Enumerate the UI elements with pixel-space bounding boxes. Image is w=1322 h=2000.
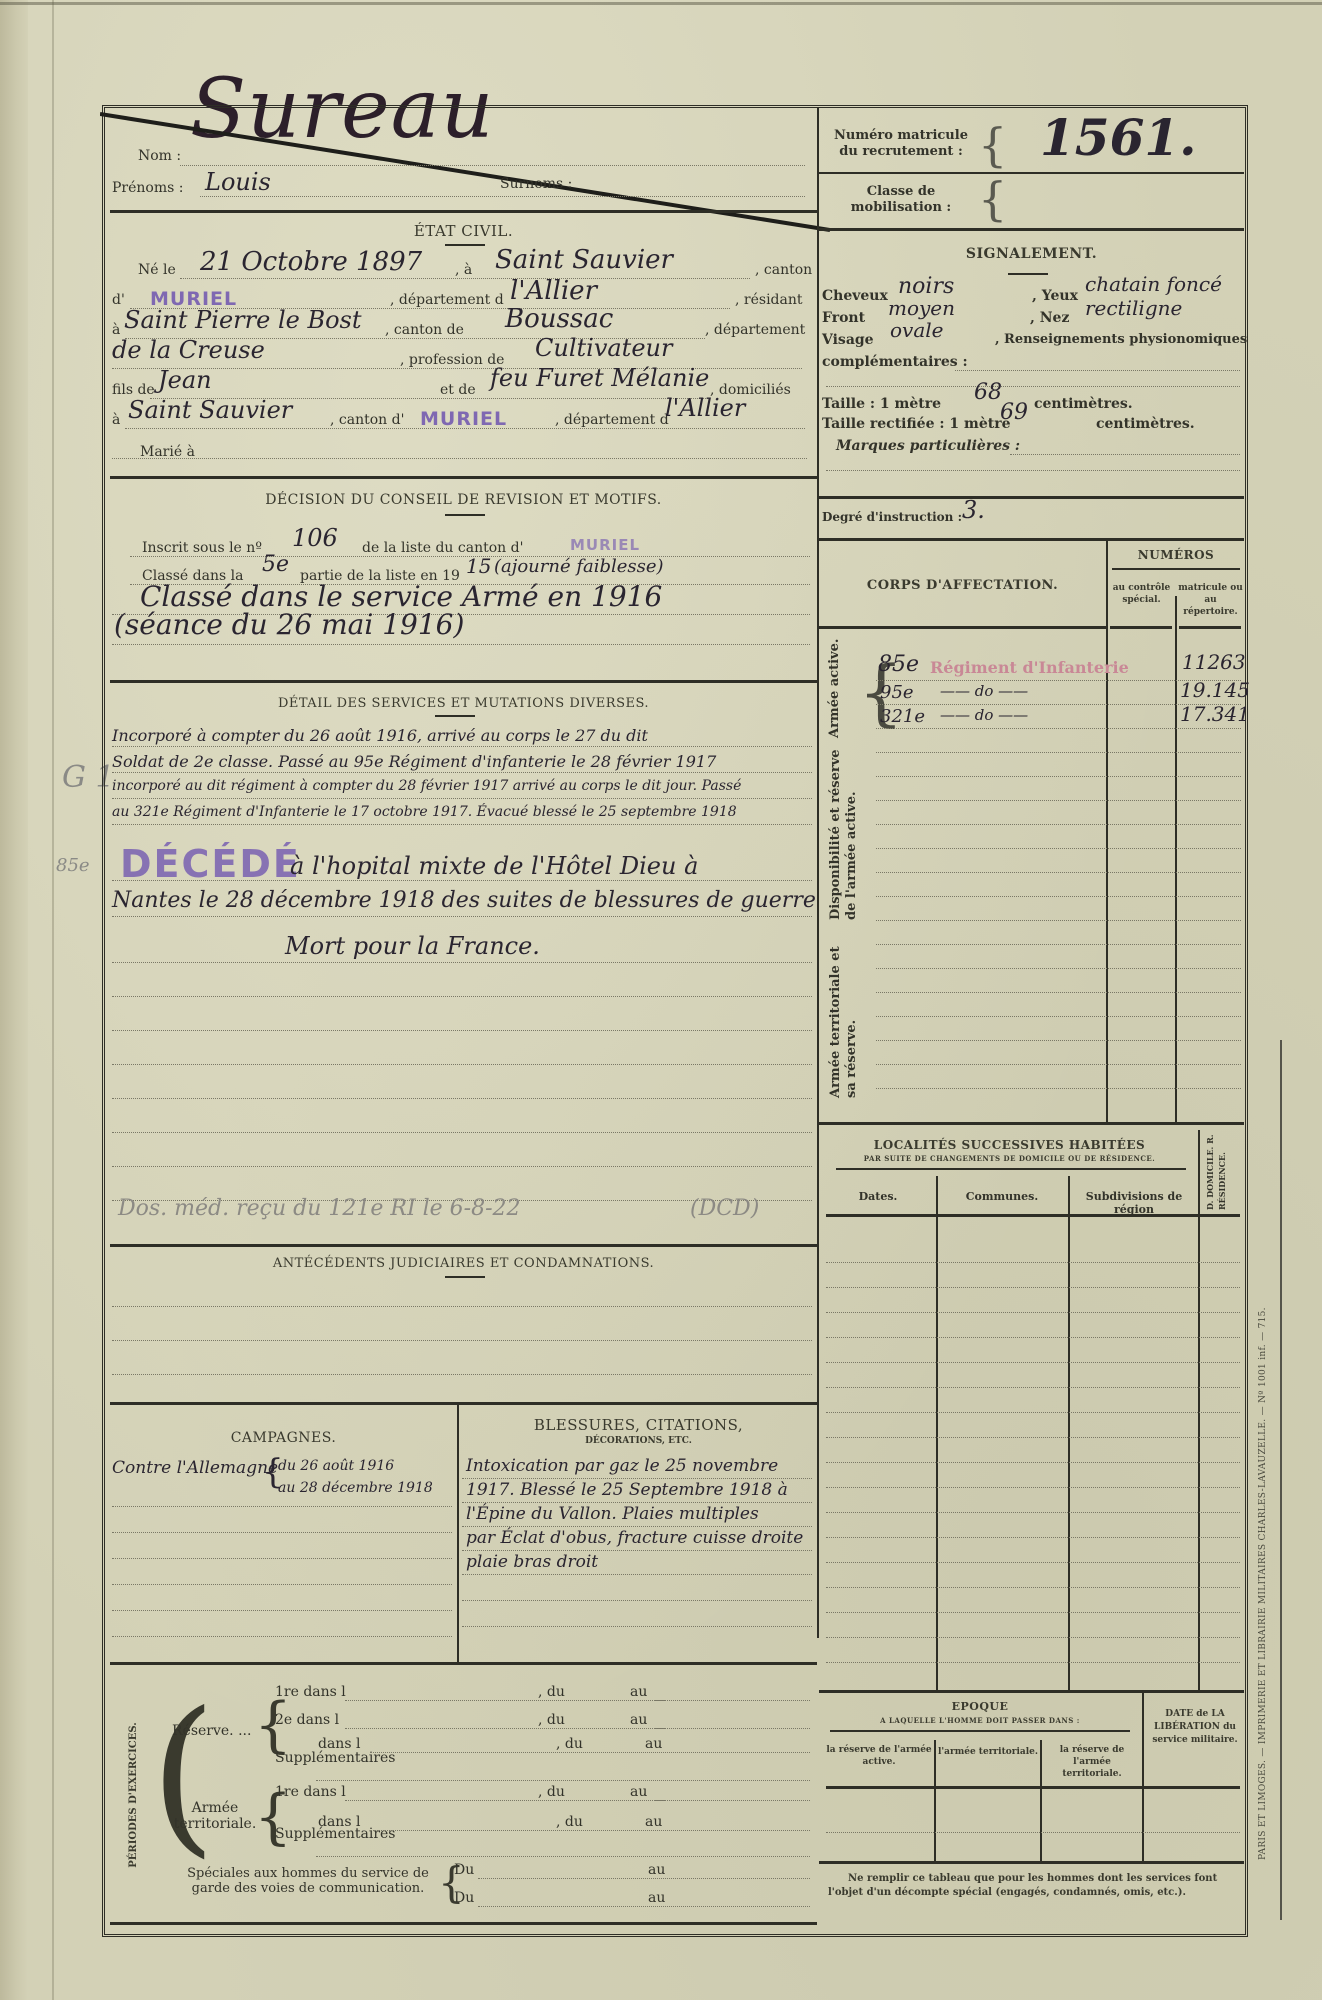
svc-line: [112, 1132, 812, 1133]
printer-imprint: PARIS ET LIMOGES. — IMPRIMERIE ET LIBRAI…: [1258, 1307, 1268, 1860]
page-binding: [0, 0, 28, 2000]
camp-line: [112, 1636, 452, 1637]
corps-line: [876, 680, 1241, 681]
corps-line: [876, 776, 1241, 777]
campagnes-rule: [110, 1662, 817, 1665]
matricule-rule: [819, 172, 1244, 174]
epoque-divider-1: [934, 1740, 936, 1861]
armee-active-label: Armée active.: [828, 639, 842, 738]
taille-unit: centimètres.: [1034, 396, 1133, 412]
localites-dr-header: D. DOMICILE. R. RÉSIDENCE.: [1204, 1130, 1228, 1210]
corps-line: [876, 752, 1241, 753]
taille-rect-value: 69: [1000, 400, 1028, 425]
service-line-2: Soldat de 2e classe. Passé au 95e Régime…: [112, 752, 716, 771]
blessures-title: BLESSURES, CITATIONS,: [460, 1416, 817, 1434]
loc-line: [826, 1362, 1240, 1363]
per-line: [316, 1856, 810, 1857]
localites-subtitle: PAR SUITE DE CHANGEMENTS DE DOMICILE OU …: [822, 1154, 1197, 1163]
taille-rect-unit: centimètres.: [1096, 416, 1195, 432]
campagnes-divider: [457, 1405, 459, 1663]
decision-note: (ajourné faiblesse): [494, 556, 664, 577]
corps-line: [876, 824, 1241, 825]
title-underline: [445, 244, 485, 246]
deces-line-2: Nantes le 28 décembre 1918 des suites de…: [112, 888, 816, 913]
antecedents-rule: [110, 1402, 817, 1405]
numeros-brace: [1112, 568, 1240, 570]
sig-line-1: [955, 370, 1240, 371]
renseignements-label: , Renseignements physionomiques: [995, 332, 1247, 347]
epoque-note: Ne remplir ce tableau que pour les homme…: [828, 1872, 1238, 1900]
line-6: [125, 428, 805, 429]
canton3-label: , canton d': [330, 412, 404, 428]
per-line: [370, 1752, 810, 1753]
reserve-r1: 1re dans l: [275, 1684, 346, 1700]
bless-line: [462, 1550, 812, 1551]
canton-prefix: d': [112, 292, 125, 308]
loc-line: [826, 1637, 1240, 1638]
loc-line: [826, 1662, 1240, 1663]
liste-label: de la liste du canton d': [362, 540, 523, 556]
signalement-title: SIGNALEMENT.: [819, 246, 1244, 262]
corps-row-3-unit: —— do ——: [940, 706, 1028, 724]
campagne-label: Contre l'Allemagne: [112, 1458, 278, 1478]
svc-line: [112, 824, 812, 825]
territoriale-supp-du: , du: [556, 1814, 583, 1830]
corps-row-3-matricule: 17.341: [1180, 702, 1250, 726]
dec-line-4: [112, 644, 810, 645]
svc-line: [112, 1030, 812, 1031]
corps-row-2-num: 95e: [880, 682, 914, 703]
per-line: [345, 1800, 665, 1801]
per-line: [655, 1728, 810, 1729]
antecedents-title: ANTÉCÉDENTS JUDICIAIRES ET CONDAMNATIONS…: [110, 1256, 817, 1271]
prenoms-value: Louis: [205, 168, 271, 196]
bless-line: [462, 1526, 812, 1527]
svc-line: [112, 962, 812, 963]
canton-label: , canton: [755, 262, 812, 278]
ne-le-label: Né le: [138, 262, 176, 278]
loc-line: [826, 1512, 1240, 1513]
degre-value: 3.: [962, 496, 985, 524]
birth-date-value: 21 Octobre 1897: [200, 247, 422, 277]
yeux-value: chatain foncé: [1085, 272, 1222, 296]
service-line-4: au 321e Régiment d'Infanterie le 17 octo…: [112, 804, 737, 820]
decision-title: DÉCISION DU CONSEIL DE REVISION ET MOTIF…: [110, 492, 817, 508]
corps-row-1-unit: Régiment d'Infanterie: [930, 658, 1129, 677]
localites-title: LOCALITÉS SUCCESSIVES HABITÉES: [822, 1138, 1197, 1152]
blessure-line-1: Intoxication par gaz le 25 novembre: [466, 1456, 778, 1476]
nez-label: , Nez: [1030, 310, 1069, 326]
blessure-line-5: plaie bras droit: [466, 1552, 598, 1572]
et-de-value: feu Furet Mélanie: [490, 364, 709, 392]
canton2-value: Boussac: [505, 304, 613, 334]
complementaires-label: complémentaires :: [822, 354, 968, 370]
periodes-bottom-rule: [110, 1922, 817, 1925]
territoriale-supp-dans: dans l: [318, 1814, 360, 1830]
nom-label: Nom :: [138, 148, 181, 164]
service-line-3: incorporé au dit régiment à compter du 2…: [112, 778, 741, 794]
etat-civil-title: ÉTAT CIVIL.: [110, 222, 817, 240]
reserve-r2-au: au: [630, 1712, 647, 1728]
corps-line: [876, 1088, 1241, 1089]
loc-line: [826, 1487, 1240, 1488]
decision-line-3: (séance du 26 mai 1916): [114, 608, 464, 641]
line-7: [112, 458, 807, 459]
domicilies-prefix: à: [112, 412, 120, 428]
classe-label: Classe de mobilisation :: [826, 184, 976, 216]
svc-line: [112, 916, 812, 917]
date-liberation-header: DATE de LA LIBÉRATION du service militai…: [1146, 1708, 1244, 1747]
corps-bottom-rule: [819, 1122, 1244, 1125]
dossier-note-suffix: (DCD): [690, 1196, 759, 1221]
campagne-from: du 26 août 1916: [278, 1458, 394, 1474]
camp-line: [112, 1506, 452, 1507]
register-page: G 1 85e Sureau Nom : Prénoms : Louis Sur…: [0, 0, 1322, 2000]
dossier-note: Dos. méd. reçu du 121e RI le 6-8-22: [118, 1196, 521, 1221]
col-controle-header: au contrôle spécial.: [1108, 582, 1175, 606]
corps-line: [876, 800, 1241, 801]
svc-line: [112, 772, 812, 773]
corps-line: [876, 704, 1241, 705]
decision-classe-value: 5e: [262, 552, 289, 577]
inscrit-label: Inscrit sous le nº: [142, 540, 262, 556]
localites-col-communes: Communes.: [937, 1190, 1067, 1203]
departement3-value: l'Allier: [665, 394, 745, 422]
corps-line: [876, 992, 1241, 993]
line-1: [180, 278, 750, 279]
corps-row-2-unit: —— do ——: [940, 682, 1028, 700]
deces-line-1: à l'hopital mixte de l'Hôtel Dieu à: [290, 852, 698, 880]
taille-value: 68: [974, 380, 1002, 405]
right-edge-line: [1280, 1040, 1282, 1920]
signalement-rule: [819, 496, 1244, 499]
camp-line: [112, 1610, 452, 1611]
residant-label: , résidant: [735, 292, 803, 308]
bless-line: [462, 1600, 812, 1601]
loc-line: [826, 1287, 1240, 1288]
departement2-label: , département: [705, 322, 805, 338]
speciales-du-2: Du: [454, 1890, 474, 1906]
epoque-header-rule: [826, 1786, 1240, 1789]
epoque-col-1: la réserve de l'armée active.: [826, 1744, 932, 1768]
residant-value: Saint Pierre le Bost: [124, 306, 362, 334]
localites-col-dates: Dates.: [822, 1190, 934, 1203]
territoriale-periodes-label: Armée territoriale.: [170, 1800, 260, 1832]
taille-rect-label: Taille rectifiée : 1 mètre: [822, 416, 1010, 432]
epoque-bottom-rule: [819, 1861, 1244, 1864]
reserve-r1-du: , du: [538, 1684, 565, 1700]
service-line-1: Incorporé à compter du 26 août 1916, arr…: [112, 726, 648, 745]
domicilies-value: Saint Sauvier: [128, 396, 292, 424]
epoque-brace: [830, 1730, 1130, 1732]
canton3-stamp: MURIEL: [420, 408, 507, 430]
loc-line: [826, 1387, 1240, 1388]
reserve-r1-au: au: [630, 1684, 647, 1700]
loc-line: [826, 1612, 1240, 1613]
blessure-line-4: par Éclat d'obus, fracture cuisse droite: [466, 1528, 803, 1548]
corps-line: [876, 896, 1241, 897]
corps-line: [876, 848, 1241, 849]
per-line: [316, 1780, 810, 1781]
antecedents-underline: [445, 1276, 485, 1278]
classe-brace: {: [978, 172, 1007, 226]
per-line: [655, 1700, 810, 1701]
marques-label: Marques particulières :: [836, 438, 1020, 454]
corps-line: [876, 968, 1241, 969]
loc-line: [826, 1537, 1240, 1538]
corps-line: [876, 728, 1241, 729]
territoriale-t1: 1re dans l: [275, 1784, 346, 1800]
reserve-label: Réserve. ...: [172, 1723, 251, 1739]
services-title: DÉTAIL DES SERVICES ET MUTATIONS DIVERSE…: [110, 696, 817, 711]
degre-rule: [819, 538, 1244, 541]
per-line: [345, 1728, 665, 1729]
epoque-line: [826, 1832, 1240, 1833]
loc-line: [826, 1262, 1240, 1263]
per-line: [478, 1878, 810, 1879]
reserve-r2: 2e dans l: [275, 1712, 339, 1728]
sig-line-3: [1010, 454, 1240, 455]
blessure-line-2: 1917. Blessé le 25 Septembre 1918 à: [466, 1480, 788, 1500]
mort-pour-la-france: Mort pour la France.: [285, 932, 540, 960]
epoque-col-3: la réserve de l'armée territoriale.: [1042, 1744, 1142, 1780]
territoriale-t1-du: , du: [538, 1784, 565, 1800]
corps-col-divider-2: [1175, 596, 1177, 1122]
corps-line: [876, 1064, 1241, 1065]
corps-line: [876, 872, 1241, 873]
svc-line: [112, 1064, 812, 1065]
periodes-side-label: PÉRIODES D'EXERCICES.: [128, 1720, 140, 1870]
front-label: Front: [822, 310, 865, 326]
yeux-label: , Yeux: [1032, 288, 1078, 304]
corps-row-1-num: 85e: [878, 652, 919, 677]
per-line: [655, 1800, 810, 1801]
etat-civil-rule: [110, 476, 817, 479]
visage-label: Visage: [822, 332, 874, 348]
canton2-label: , canton de: [385, 322, 464, 338]
camp-line: [112, 1558, 452, 1559]
classe-rule: [819, 228, 1244, 231]
loc-line: [826, 1437, 1240, 1438]
periodes-brace: (: [150, 1690, 216, 1860]
svc-line: [112, 1098, 812, 1099]
speciales-au-1: au: [648, 1862, 665, 1878]
loc-line: [826, 1312, 1240, 1313]
localites-brace: [836, 1168, 1186, 1170]
localites-bottom-rule: [819, 1690, 1244, 1693]
prenoms-label: Prénoms :: [112, 180, 183, 196]
corps-col-divider-1: [1106, 540, 1108, 1122]
surnoms-label: Surnoms :: [500, 176, 572, 192]
loc-line: [826, 1587, 1240, 1588]
corps-title: CORPS D'AFFECTATION.: [819, 578, 1106, 593]
camp-line: [112, 1532, 452, 1533]
svc-line: [112, 880, 812, 881]
marie-label: Marié à: [140, 444, 195, 460]
birth-place-value: Saint Sauvier: [495, 245, 673, 275]
epoque-title: EPOQUE: [822, 1700, 1138, 1713]
nom-line: [180, 165, 805, 166]
departement-value: l'Allier: [510, 276, 597, 306]
loc-line: [826, 1562, 1240, 1563]
campagnes-title: CAMPAGNES.: [110, 1430, 457, 1446]
blessures-subtitle: DÉCORATIONS, ETC.: [460, 1436, 817, 1446]
camp-line: [112, 1584, 452, 1585]
birth-place-label: , à: [455, 262, 472, 278]
speciales-du-1: Du: [454, 1862, 474, 1878]
bless-line: [462, 1626, 812, 1627]
corps-header-rule-3: [1179, 626, 1241, 629]
epoque-subtitle: A LAQUELLE L'HOMME DOIT PASSER DANS :: [822, 1716, 1138, 1725]
per-line: [345, 1700, 665, 1701]
svc-line: [112, 996, 812, 997]
decision-rule: [110, 680, 817, 683]
corps-line: [876, 944, 1241, 945]
reserve-supp-au: au: [645, 1736, 662, 1752]
corps-header-rule-2: [1110, 626, 1172, 629]
corps-row-1-matricule: 11263: [1182, 650, 1246, 674]
sig-line-4: [826, 470, 1240, 471]
front-value: moyen: [888, 296, 955, 320]
column-divider: [817, 108, 819, 1638]
campagne-to: au 28 décembre 1918: [278, 1480, 433, 1496]
disponibilite-label: Disponibilité et réserve de l'armée acti…: [828, 730, 860, 920]
reserve-supp-du: , du: [556, 1736, 583, 1752]
services-underline: [435, 715, 475, 717]
per-line: [478, 1906, 810, 1907]
degre-label: Degré d'instruction :: [822, 510, 962, 524]
territoriale-supp-au: au: [645, 1814, 662, 1830]
annee-value: 15: [466, 554, 491, 578]
matricule-label: Numéro matricule du recrutement :: [826, 128, 976, 160]
departement3-label: , département d: [555, 412, 669, 428]
matricule-brace: {: [978, 118, 1007, 172]
reserve-supp-dans: dans l: [318, 1736, 360, 1752]
loc-line: [826, 1462, 1240, 1463]
inscrit-value: 106: [292, 524, 338, 552]
taille-label: Taille : 1 mètre: [822, 396, 941, 412]
decision-underline: [445, 514, 485, 516]
per-line: [370, 1830, 810, 1831]
epoque-col-2: l'armée territoriale.: [936, 1746, 1040, 1758]
prenoms-line: [200, 196, 805, 197]
corps-line: [876, 1040, 1241, 1041]
departement-label: , département d: [390, 292, 504, 308]
margin-line: [52, 0, 54, 2000]
services-rule: [110, 1244, 817, 1247]
visage-value: ovale: [890, 318, 944, 342]
localites-header-rule: [826, 1214, 1240, 1217]
speciales-label: Spéciales aux hommes du service de garde…: [168, 1866, 448, 1896]
blessure-line-3: l'Épine du Vallon. Plaies multiples: [466, 1504, 759, 1524]
corps-header-rule: [819, 626, 1106, 629]
numeros-title: NUMÉROS: [1108, 548, 1244, 562]
bless-line: [462, 1502, 812, 1503]
speciales-au-2: au: [648, 1890, 665, 1906]
svc-line: [112, 798, 812, 799]
profession-value: Cultivateur: [535, 334, 672, 362]
corps-row-3-num: 321e: [880, 706, 925, 727]
cheveux-label: Cheveux: [822, 288, 888, 304]
ant-line: [112, 1340, 812, 1341]
loc-line: [826, 1337, 1240, 1338]
bless-line: [462, 1574, 812, 1575]
corps-line: [876, 1016, 1241, 1017]
ant-line: [112, 1374, 812, 1375]
top-page-edge: [0, 2, 1322, 5]
header-rule: [110, 210, 817, 213]
sig-line-2: [826, 386, 1240, 387]
corps-row-2-matricule: 19.145: [1180, 678, 1250, 702]
profession-label: , profession de: [400, 352, 504, 368]
loc-line: [826, 1412, 1240, 1413]
matricule-value: 1561.: [1040, 108, 1197, 167]
svc-line: [112, 1166, 812, 1167]
departement2-value: de la Creuse: [112, 336, 265, 364]
svc-line: [112, 746, 812, 747]
signalement-underline: [1008, 273, 1048, 275]
localites-col-subdivisions: Subdivisions de région: [1070, 1190, 1198, 1216]
col-matricule-header: matricule ou au répertoire.: [1177, 582, 1244, 618]
liste-stamp: MURIEL: [570, 536, 640, 554]
bless-line: [462, 1478, 812, 1479]
territoriale-label: Armée territoriale et sa réserve.: [828, 928, 860, 1098]
ant-line: [112, 1306, 812, 1307]
territoriale-t1-au: au: [630, 1784, 647, 1800]
epoque-date-divider: [1142, 1693, 1144, 1861]
corps-line: [876, 920, 1241, 921]
margin-note-2: 85e: [56, 855, 90, 876]
reserve-r2-du: , du: [538, 1712, 565, 1728]
fils-de-value: Jean: [158, 366, 212, 394]
nez-value: rectiligne: [1085, 296, 1182, 320]
et-de-label: et de: [440, 382, 476, 398]
